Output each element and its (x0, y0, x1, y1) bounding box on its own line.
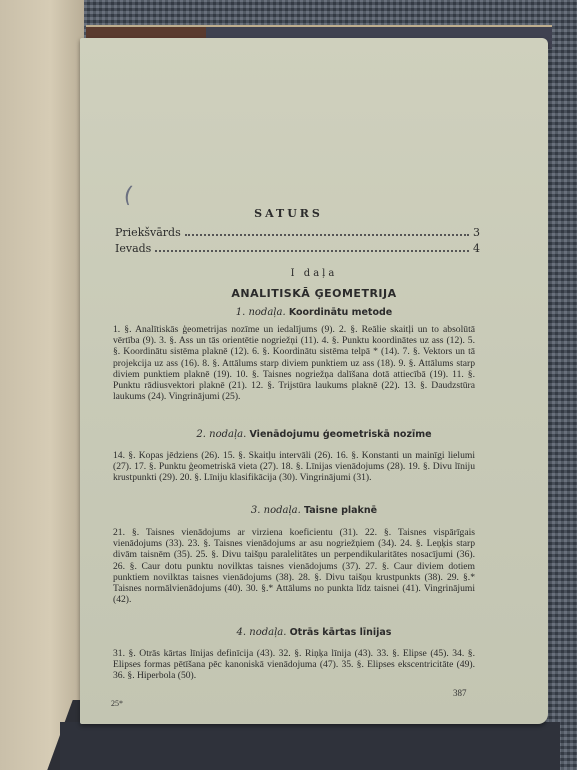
page-number: 387 (453, 688, 467, 698)
chapter-3-heading: 3. nodaļa. Taisne plaknē (80, 505, 548, 516)
part-title: ANALITISKĀ ĢEOMETRIJA (80, 287, 548, 300)
toc-entry-label: Priekšvārds (115, 226, 181, 239)
toc-entry-foreword: Priekšvārds 3 (115, 226, 480, 239)
chapter-3-contents: 21. §. Taisnes vienādojums ar virziena k… (113, 527, 475, 605)
chapter-4-contents: 31. §. Otrās kārtas līnijas definīcija (… (113, 648, 475, 682)
chapter-name: Vienādojumu ģeometriskā nozīme (250, 429, 432, 440)
chapter-2-heading: 2. nodaļa. Vienādojumu ģeometriskā nozīm… (80, 429, 548, 440)
toc-entry-introduction: Ievads 4 (115, 242, 480, 255)
chapter-2-contents: 14. §. Kopas jēdziens (26). 15. §. Skait… (113, 450, 475, 484)
chapter-4-heading: 4. nodaļa. Otrās kārtas līnijas (80, 627, 548, 638)
toc-entry-page: 4 (473, 242, 480, 255)
chapter-name: Koordinātu metode (289, 307, 392, 318)
part-label: I daļa (80, 268, 548, 279)
chapter-number: 4. nodaļa. (237, 627, 287, 638)
chapter-name: Otrās kārtas līnijas (290, 627, 392, 638)
printer-signature: 25* (111, 699, 123, 708)
leader-dots (185, 234, 469, 236)
chapter-1-heading: 1. nodaļa. Koordinātu metode (80, 307, 548, 318)
chapter-number: 3. nodaļa. (251, 505, 301, 516)
chapter-number: 2. nodaļa. (196, 429, 246, 440)
page-shadow (60, 722, 560, 770)
toc-entry-label: Ievads (115, 242, 151, 255)
facing-page (0, 0, 84, 770)
chapter-name: Taisne plaknē (304, 505, 377, 516)
leader-dots (155, 250, 469, 252)
toc-title: SATURS (0, 207, 577, 220)
chapter-number: 1. nodaļa. (236, 307, 286, 318)
chapter-1-contents: 1. §. Analītiskās ģeometrijas nozīme un … (113, 324, 475, 402)
toc-entry-page: 3 (473, 226, 480, 239)
